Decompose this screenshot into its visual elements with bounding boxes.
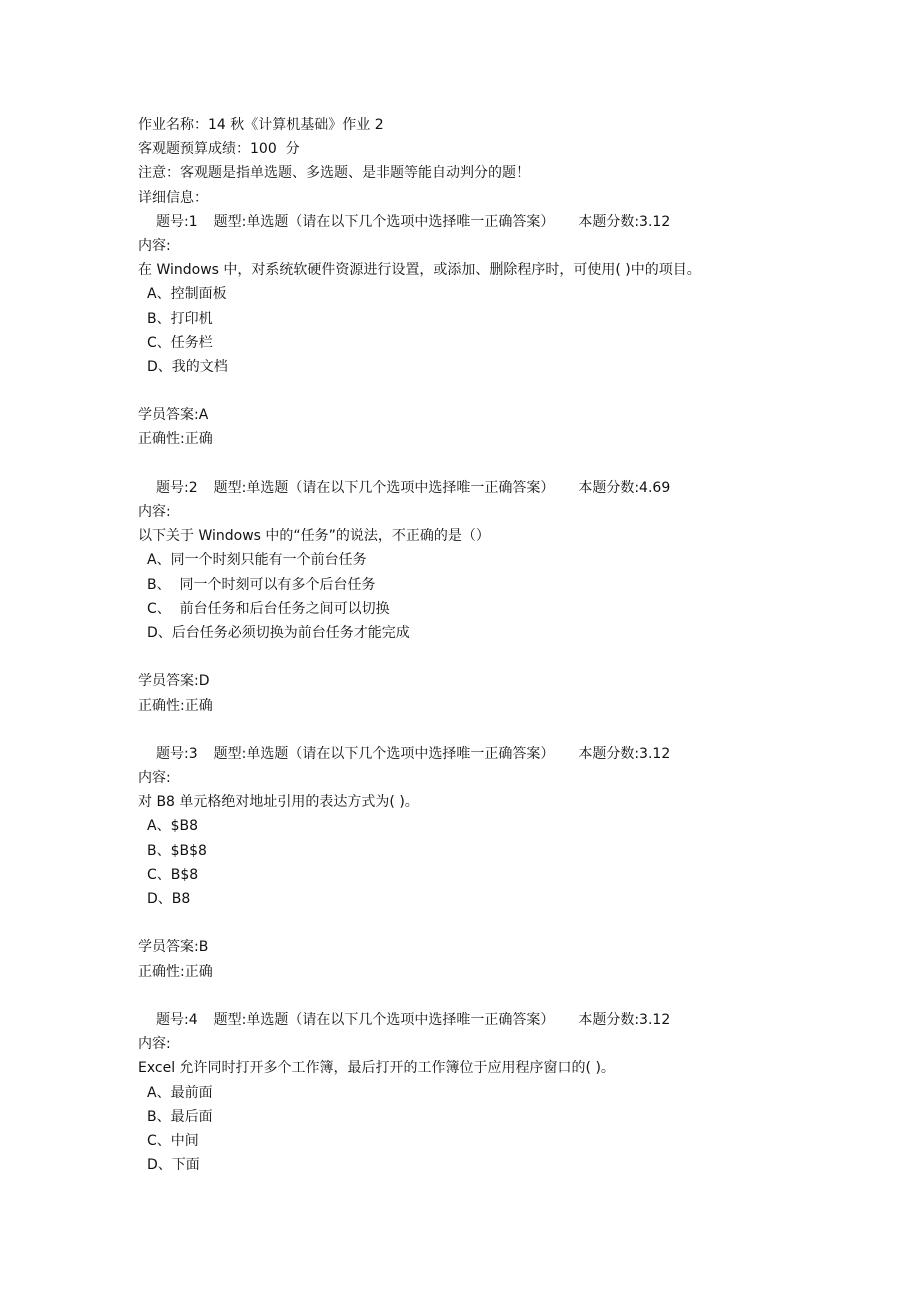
option-d: D、B8: [138, 887, 838, 911]
option-d: D、后台任务必须切换为前台任务才能完成: [138, 621, 838, 645]
content-label: 内容:: [138, 766, 838, 790]
question-type: 题型:单选题（请在以下几个选项中选择唯一正确答案）: [214, 746, 555, 762]
question-header: 题号:3题型:单选题（请在以下几个选项中选择唯一正确答案）本题分数:3.12: [138, 742, 838, 766]
question-score: 本题分数:3.12: [578, 214, 670, 230]
question-number: 题号:2: [156, 480, 198, 496]
question-header: 题号:1题型:单选题（请在以下几个选项中选择唯一正确答案）本题分数:3.12: [138, 210, 838, 234]
option-a: A、最前面: [138, 1081, 838, 1105]
question-score: 本题分数:3.12: [578, 746, 670, 762]
student-answer: 学员答案:A: [138, 403, 838, 427]
correctness: 正确性:正确: [138, 694, 838, 718]
notice-line: 注意：客观题是指单选题、多选题、是非题等能自动判分的题！: [138, 161, 838, 185]
question-score: 本题分数:4.69: [578, 480, 670, 496]
option-b: B、 同一个时刻可以有多个后台任务: [138, 573, 838, 597]
option-b: B、$B$8: [138, 839, 838, 863]
spacer: [138, 452, 838, 476]
question-score: 本题分数:3.12: [578, 1012, 670, 1028]
option-a: A、$B8: [138, 814, 838, 838]
details-label: 详细信息：: [138, 186, 838, 210]
option-c: C、B$8: [138, 863, 838, 887]
option-b: B、打印机: [138, 307, 838, 331]
question-header: 题号:2题型:单选题（请在以下几个选项中选择唯一正确答案）本题分数:4.69: [138, 476, 838, 500]
question-text: 对 B8 单元格绝对地址引用的表达方式为( )。: [138, 790, 838, 814]
question-1: 题号:1题型:单选题（请在以下几个选项中选择唯一正确答案）本题分数:3.12 内…: [138, 210, 838, 476]
question-text: 在 Windows 中，对系统软硬件资源进行设置，或添加、删除程序时，可使用( …: [138, 258, 838, 282]
score-label: 客观题预算成绩：: [138, 141, 250, 157]
question-type: 题型:单选题（请在以下几个选项中选择唯一正确答案）: [214, 214, 555, 230]
content-label: 内容:: [138, 500, 838, 524]
question-type: 题型:单选题（请在以下几个选项中选择唯一正确答案）: [214, 1012, 555, 1028]
question-text: Excel 允许同时打开多个工作簿，最后打开的工作簿位于应用程序窗口的( )。: [138, 1056, 838, 1080]
content-label: 内容:: [138, 234, 838, 258]
spacer: [138, 379, 838, 403]
correctness: 正确性:正确: [138, 960, 838, 984]
student-answer: 学员答案:B: [138, 935, 838, 959]
question-number: 题号:1: [156, 214, 198, 230]
content-label: 内容:: [138, 1032, 838, 1056]
question-4: 题号:4题型:单选题（请在以下几个选项中选择唯一正确答案）本题分数:3.12 内…: [138, 1008, 838, 1177]
question-3: 题号:3题型:单选题（请在以下几个选项中选择唯一正确答案）本题分数:3.12 内…: [138, 742, 838, 1008]
spacer: [138, 718, 838, 742]
student-answer: 学员答案:D: [138, 669, 838, 693]
question-header: 题号:4题型:单选题（请在以下几个选项中选择唯一正确答案）本题分数:3.12: [138, 1008, 838, 1032]
score-line: 客观题预算成绩：100 分: [138, 137, 838, 161]
option-a: A、控制面板: [138, 282, 838, 306]
option-a: A、同一个时刻只能有一个前台任务: [138, 548, 838, 572]
option-d: D、下面: [138, 1153, 838, 1177]
assignment-title-line: 作业名称：14 秋《计算机基础》作业 2: [138, 113, 838, 137]
question-text: 以下关于 Windows 中的“任务”的说法，不正确的是（）: [138, 524, 838, 548]
option-d: D、我的文档: [138, 355, 838, 379]
option-c: C、任务栏: [138, 331, 838, 355]
question-type: 题型:单选题（请在以下几个选项中选择唯一正确答案）: [214, 480, 555, 496]
option-b: B、最后面: [138, 1105, 838, 1129]
correctness: 正确性:正确: [138, 427, 838, 451]
spacer: [138, 645, 838, 669]
score-value: 100 分: [250, 141, 300, 157]
assignment-name: 14 秋《计算机基础》作业 2: [208, 117, 384, 133]
question-number: 题号:4: [156, 1012, 198, 1028]
assignment-label: 作业名称：: [138, 117, 208, 133]
option-c: C、 前台任务和后台任务之间可以切换: [138, 597, 838, 621]
question-2: 题号:2题型:单选题（请在以下几个选项中选择唯一正确答案）本题分数:4.69 内…: [138, 476, 838, 742]
option-c: C、中间: [138, 1129, 838, 1153]
spacer: [138, 911, 838, 935]
question-number: 题号:3: [156, 746, 198, 762]
spacer: [138, 984, 838, 1008]
document-page: 作业名称：14 秋《计算机基础》作业 2 客观题预算成绩：100 分 注意：客观…: [138, 113, 838, 1177]
